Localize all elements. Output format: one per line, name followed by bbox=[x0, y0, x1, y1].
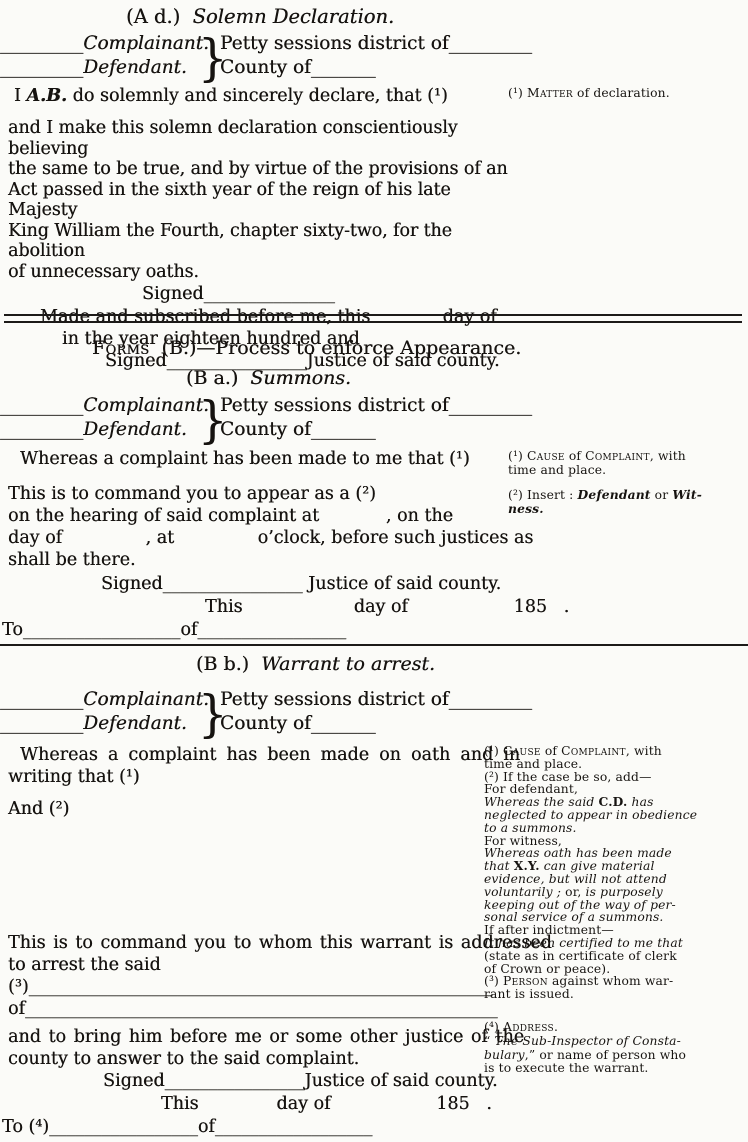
signed-justice-line: Signed________________Justice of said co… bbox=[95, 1070, 524, 1093]
section-divider-single-rule bbox=[0, 644, 748, 646]
command-arrest-line-2: to arrest the said bbox=[0, 954, 524, 976]
complainant-label: Complainant. bbox=[83, 689, 209, 710]
defendant-blank-line: _________ bbox=[0, 419, 83, 440]
caption-parties: _________Complainant. _________Defendant… bbox=[0, 688, 198, 736]
bring-before-line-1: and to bring him before me or some other… bbox=[0, 1026, 524, 1048]
petty-sessions-row: Petty sessions district of_________ bbox=[220, 688, 532, 712]
county-row: County of_______ bbox=[220, 712, 532, 736]
caption-parties: _________Complainant. _________Defendant… bbox=[0, 32, 198, 80]
hearing-line: on the hearing of said complaint at , on… bbox=[0, 505, 524, 527]
and-clause-line: And (²) bbox=[0, 798, 524, 820]
county-label: County of bbox=[220, 713, 311, 734]
complainant-blank-line: _________ bbox=[0, 33, 83, 54]
petty-sessions-label: Petty sessions district of bbox=[220, 33, 449, 54]
caption-venue: Petty sessions district of_________ Coun… bbox=[220, 32, 532, 80]
county-label: County of bbox=[220, 419, 311, 440]
complainant-blank-line: _________ bbox=[0, 689, 83, 710]
day-oclock-line: day of , at o’clock, before such justice… bbox=[0, 527, 524, 549]
caption-block: _________Complainant. _________Defendant… bbox=[0, 688, 524, 736]
margin-note-insert-defendant: (²) Insert : Defendant or Wit- ness. bbox=[508, 488, 744, 516]
caption-parties: _________Complainant. _________Defendant… bbox=[0, 394, 198, 442]
complainant-label: Complainant. bbox=[83, 395, 209, 416]
margin-note-matter: (¹) Matter of declaration. bbox=[508, 86, 744, 100]
declaration-paragraph: and I make this solemn declaration consc… bbox=[0, 118, 524, 282]
whereas-oath-line-1: Whereas a complaint has been made on oat… bbox=[0, 744, 524, 766]
petty-sessions-label: Petty sessions district of bbox=[220, 689, 449, 710]
caption-complainant-row: _________Complainant. bbox=[0, 32, 198, 56]
caption-defendant-row: _________Defendant. bbox=[0, 56, 198, 80]
petty-sessions-row: Petty sessions district of_________ bbox=[220, 32, 532, 56]
complainant-label: Complainant. bbox=[83, 33, 209, 54]
caption-block: _________Complainant. _________Defendant… bbox=[0, 394, 524, 442]
form-a-d-heading: (A d.) Solemn Declaration. bbox=[126, 4, 524, 30]
caption-block: _________Complainant. _________Defendant… bbox=[0, 32, 524, 80]
command-arrest-line-1: This is to command you to whom this warr… bbox=[0, 932, 524, 954]
county-blank: _______ bbox=[311, 419, 376, 440]
county-row: County of_______ bbox=[220, 56, 532, 80]
defendant-blank-line: _________ bbox=[0, 57, 83, 78]
county-blank: _______ bbox=[311, 57, 376, 78]
signed-line: Signed_______________ bbox=[134, 283, 524, 306]
caption-brace: } bbox=[198, 688, 220, 738]
caption-defendant-row: _________Defendant. bbox=[0, 418, 198, 442]
complainant-blank-line: _________ bbox=[0, 395, 83, 416]
whereas-oath-line-2: writing that (¹) bbox=[0, 766, 524, 788]
defendant-label: Defendant. bbox=[83, 713, 187, 734]
form-b-b-subheading: (B b.) Warrant to arrest. bbox=[196, 652, 524, 676]
caption-defendant-row: _________Defendant. bbox=[0, 712, 198, 736]
declaration-oath-line: I A.B. do solemnly and sincerely declare… bbox=[0, 84, 524, 108]
form-warrant-to-arrest: (B b.) Warrant to arrest. _________Compl… bbox=[0, 652, 524, 1139]
bring-before-line-2: county to answer to the said complaint. bbox=[0, 1048, 524, 1070]
defendant-label: Defendant. bbox=[83, 57, 187, 78]
defendant-blank-line: _________ bbox=[0, 713, 83, 734]
petty-sessions-blank: _________ bbox=[449, 395, 532, 416]
caption-brace: } bbox=[198, 32, 220, 82]
shall-be-there-line: shall be there. bbox=[0, 549, 524, 571]
to-addressee-line: To (⁴)_________________of_______________… bbox=[0, 1115, 524, 1139]
defendant-label: Defendant. bbox=[83, 419, 187, 440]
forms-b-heading: Forms (B.)—Process to enforce Appearance… bbox=[92, 336, 524, 360]
petty-sessions-blank: _________ bbox=[449, 689, 532, 710]
petty-sessions-blank: _________ bbox=[449, 33, 532, 54]
caption-complainant-row: _________Complainant. bbox=[0, 394, 198, 418]
blank-writing-space bbox=[0, 820, 524, 932]
form-b-a-subheading: (B a.) Summons. bbox=[186, 366, 524, 390]
form-summons: Forms (B.)—Process to enforce Appearance… bbox=[0, 336, 524, 642]
petty-sessions-label: Petty sessions district of bbox=[220, 395, 449, 416]
caption-complainant-row: _________Complainant. bbox=[0, 688, 198, 712]
petty-sessions-row: Petty sessions district of_________ bbox=[220, 394, 532, 418]
to-addressee-line: To__________________of_________________ bbox=[0, 618, 524, 642]
caption-venue: Petty sessions district of_________ Coun… bbox=[220, 688, 532, 736]
this-day-of-185-line: This day of 185 . bbox=[153, 1093, 524, 1115]
whereas-complaint-line: Whereas a complaint has been made to me … bbox=[0, 448, 524, 470]
county-row: County of_______ bbox=[220, 418, 532, 442]
margin-notes-warrant: (¹) Cause of Complaint, with time and pl… bbox=[484, 745, 746, 1001]
caption-brace: } bbox=[198, 394, 220, 444]
county-label: County of bbox=[220, 57, 311, 78]
address-blank-line: of______________________________________… bbox=[0, 998, 524, 1020]
command-appear-line: This is to command you to appear as a (²… bbox=[0, 483, 524, 505]
signed-justice-line: Signed________________ Justice of said c… bbox=[93, 573, 524, 596]
margin-note-address: (⁴) Address. “ The Sub-Inspector of Cons… bbox=[484, 1021, 746, 1076]
scanned-legal-forms-page: (A d.) Solemn Declaration. _________Comp… bbox=[0, 0, 748, 1142]
margin-note-cause-of-complaint: (¹) Cause of Complaint, with time and pl… bbox=[508, 449, 744, 477]
section-divider-double-rule bbox=[4, 314, 742, 323]
caption-venue: Petty sessions district of_________ Coun… bbox=[220, 394, 532, 442]
this-day-of-185-line: This day of 185 . bbox=[197, 596, 524, 618]
person-blank-line: (³)_____________________________________… bbox=[0, 976, 524, 998]
county-blank: _______ bbox=[311, 713, 376, 734]
